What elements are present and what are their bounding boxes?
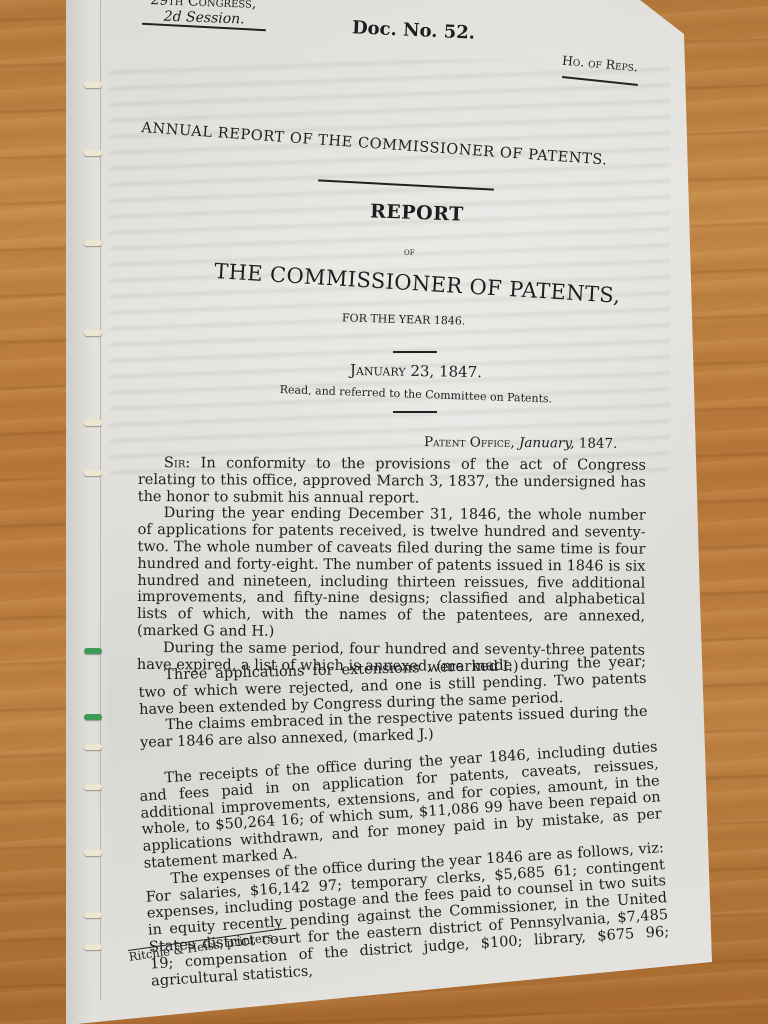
- office-year: 1847.: [579, 436, 618, 452]
- house-rule: [562, 76, 638, 85]
- running-title: ANNUAL REPORT OF THE COMMISSIONER OF PAT…: [141, 120, 608, 169]
- commissioner-heading: THE COMMISSIONER OF PATENTS,: [214, 259, 622, 308]
- date-rule-top: [393, 351, 437, 353]
- date-rule-bottom: [393, 411, 437, 413]
- body-text-lower: Three applications for extensions were m…: [138, 654, 648, 752]
- office-label: Patent Office,: [424, 434, 515, 451]
- printed-text: 29th Congress, 2d Session. Doc. No. 52. …: [0, 0, 768, 1024]
- doc-number: Doc. No. 52.: [352, 17, 476, 43]
- paragraph-text: In conformity to the provisions of the a…: [138, 455, 646, 506]
- salutation: Sir:: [164, 455, 190, 471]
- title-rule: [318, 179, 494, 190]
- patent-office-dateline: Patent Office, January, 1847.: [424, 434, 618, 452]
- office-month: January,: [519, 435, 575, 451]
- body-text: Sir: In conformity to the provisions of …: [137, 455, 646, 676]
- paragraph-salutation: Sir: In conformity to the provisions of …: [138, 455, 646, 508]
- house-label: Ho. of Reps.: [561, 53, 638, 75]
- document-page: 29th Congress, 2d Session. Doc. No. 52. …: [0, 0, 768, 1024]
- body-text-receipts: The receipts of the office during the ye…: [138, 739, 671, 990]
- for-year-subtitle: FOR THE YEAR 1846.: [342, 311, 466, 327]
- presentation-date: January 23, 1847.: [350, 361, 482, 381]
- of-label: OF: [404, 249, 415, 257]
- referral-note: Read, and referred to the Committee on P…: [280, 383, 553, 406]
- report-heading: REPORT: [370, 200, 464, 225]
- paragraph-applications: During the year ending December 31, 1846…: [137, 505, 646, 642]
